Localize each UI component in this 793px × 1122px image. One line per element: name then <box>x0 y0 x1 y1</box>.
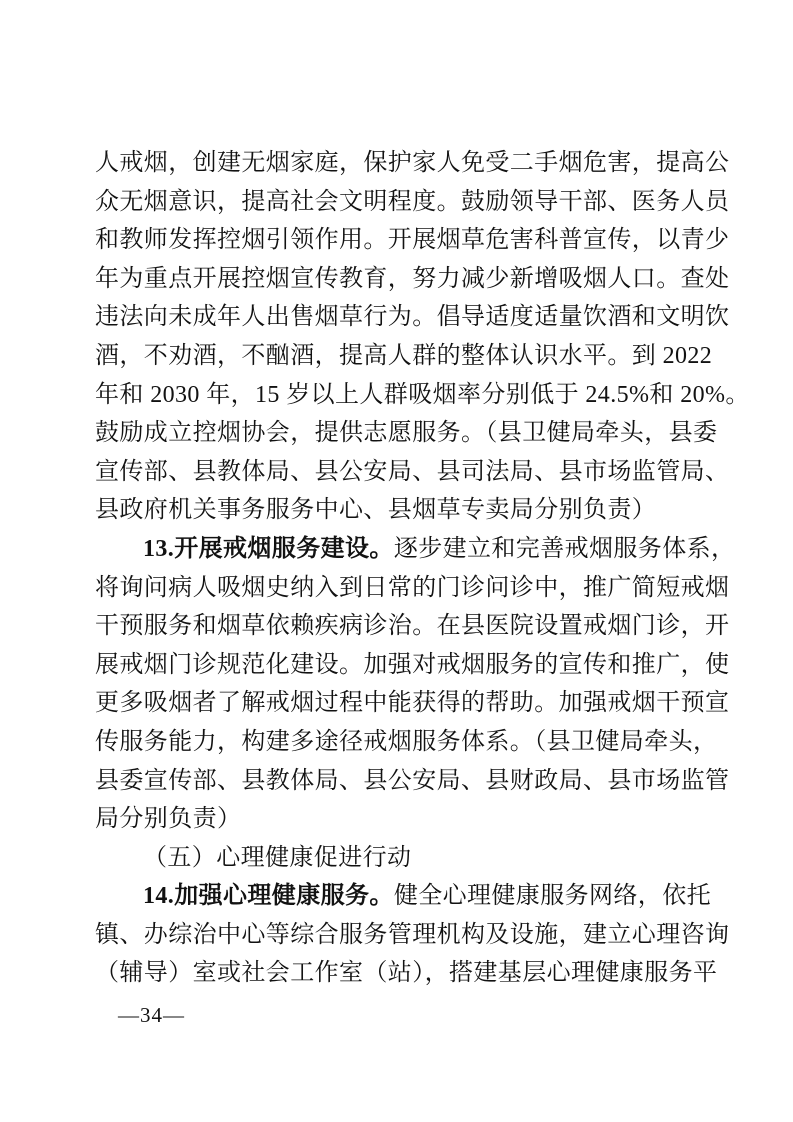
text-segment-bold: 14.加强心理健康服务。 <box>143 883 394 909</box>
text-line: 局分别负责） <box>95 800 707 839</box>
text-line: 众无烟意识，提高社会文明程度。鼓励领导干部、医务人员 <box>95 183 707 222</box>
document-page: 人戒烟，创建无烟家庭，保护家人免受二手烟危害，提高公众无烟意识，提高社会文明程度… <box>0 0 793 1122</box>
text-line: 县政府机关事务服务中心、县烟草专卖局分别负责） <box>95 491 707 530</box>
text-segment-normal: 人戒烟，创建无烟家庭，保护家人免受二手烟危害，提高公 <box>95 150 729 176</box>
text-line: 年和 2030 年，15 岁以上人群吸烟率分别低于 24.5%和 20%。 <box>95 376 707 415</box>
text-line: 13.开展戒烟服务建设。逐步建立和完善戒烟服务体系， <box>95 530 707 569</box>
text-segment-normal: 违法向未成年人出售烟草行为。倡导适度适量饮酒和文明饮 <box>95 304 729 330</box>
text-segment-normal: 众无烟意识，提高社会文明程度。鼓励领导干部、医务人员 <box>95 189 729 215</box>
text-segment-normal: 镇、办综治中心等综合服务管理机构及设施，建立心理咨询 <box>95 922 729 948</box>
text-line: 镇、办综治中心等综合服务管理机构及设施，建立心理咨询 <box>95 916 707 955</box>
text-segment-normal: 传服务能力，构建多途径戒烟服务体系。 <box>95 729 534 755</box>
text-segment-kai: （县卫健局牵头， <box>534 729 717 755</box>
text-line: 更多吸烟者了解戒烟过程中能获得的帮助。加强戒烟干预宣 <box>95 684 707 723</box>
text-line: 违法向未成年人出售烟草行为。倡导适度适量饮酒和文明饮 <box>95 298 707 337</box>
text-line: （五）心理健康促进行动 <box>95 839 707 878</box>
text-line: 年为重点开展控烟宣传教育，努力减少新增吸烟人口。查处 <box>95 260 707 299</box>
text-segment-normal: 更多吸烟者了解戒烟过程中能获得的帮助。加强戒烟干预宣 <box>95 690 729 716</box>
text-line: 和教师发挥控烟引领作用。开展烟草危害科普宣传，以青少 <box>95 221 707 260</box>
text-segment-kai: （五）心理健康促进行动 <box>143 845 411 871</box>
text-segment-normal: 年为重点开展控烟宣传教育，努力减少新增吸烟人口。查处 <box>95 266 729 292</box>
text-segment-kai: 宣传部、县教体局、县公安局、县司法局、县市场监管局、 <box>95 459 729 485</box>
text-line: 14.加强心理健康服务。健全心理健康服务网络，依托 <box>95 877 707 916</box>
text-line: 将询问病人吸烟史纳入到日常的门诊问诊中，推广简短戒烟 <box>95 569 707 608</box>
page-number: —34— <box>118 1003 185 1027</box>
text-segment-normal: 展戒烟门诊规范化建设。加强对戒烟服务的宣传和推广，使 <box>95 652 729 678</box>
text-line: 宣传部、县教体局、县公安局、县司法局、县市场监管局、 <box>95 453 707 492</box>
text-segment-normal: 鼓励成立控烟协会，提供志愿服务。 <box>95 420 485 446</box>
text-line: 人戒烟，创建无烟家庭，保护家人免受二手烟危害，提高公 <box>95 144 707 183</box>
text-segment-normal: 逐步建立和完善戒烟服务体系， <box>394 536 736 562</box>
text-line: 鼓励成立控烟协会，提供志愿服务。（县卫健局牵头，县委 <box>95 414 707 453</box>
text-segment-kai: 局分别负责） <box>95 806 241 832</box>
text-segment-normal: 年和 2030 年，15 岁以上人群吸烟率分别低于 24.5%和 20%。 <box>95 382 750 408</box>
page-footer: —34— <box>118 1002 185 1028</box>
text-segment-kai: 县政府机关事务服务中心、县烟草专卖局分别负责） <box>95 497 656 523</box>
text-line: 县委宣传部、县教体局、县公安局、县财政局、县市场监管 <box>95 762 707 801</box>
text-segment-normal: 和教师发挥控烟引领作用。开展烟草危害科普宣传，以青少 <box>95 227 729 253</box>
text-segment-normal: 健全心理健康服务网络，依托 <box>394 883 711 909</box>
text-segment-normal: 将询问病人吸烟史纳入到日常的门诊问诊中，推广简短戒烟 <box>95 575 729 601</box>
text-segment-kai: （县卫健局牵头，县委 <box>485 420 717 446</box>
document-body: 人戒烟，创建无烟家庭，保护家人免受二手烟危害，提高公众无烟意识，提高社会文明程度… <box>95 144 707 993</box>
text-line: 传服务能力，构建多途径戒烟服务体系。（县卫健局牵头， <box>95 723 707 762</box>
text-segment-normal: 酒，不劝酒，不酗酒，提高人群的整体认识水平。到 2022 <box>95 343 712 369</box>
text-segment-bold: 13.开展戒烟服务建设。 <box>143 536 394 562</box>
text-segment-normal: （辅导）室或社会工作室（站），搭建基层心理健康服务平 <box>95 960 717 986</box>
text-segment-kai: 县委宣传部、县教体局、县公安局、县财政局、县市场监管 <box>95 768 729 794</box>
text-line: 展戒烟门诊规范化建设。加强对戒烟服务的宣传和推广，使 <box>95 646 707 685</box>
text-segment-normal: 干预服务和烟草依赖疾病诊治。在县医院设置戒烟门诊，开 <box>95 613 729 639</box>
text-line: 酒，不劝酒，不酗酒，提高人群的整体认识水平。到 2022 <box>95 337 707 376</box>
text-line: 干预服务和烟草依赖疾病诊治。在县医院设置戒烟门诊，开 <box>95 607 707 646</box>
text-line: （辅导）室或社会工作室（站），搭建基层心理健康服务平 <box>95 954 707 993</box>
